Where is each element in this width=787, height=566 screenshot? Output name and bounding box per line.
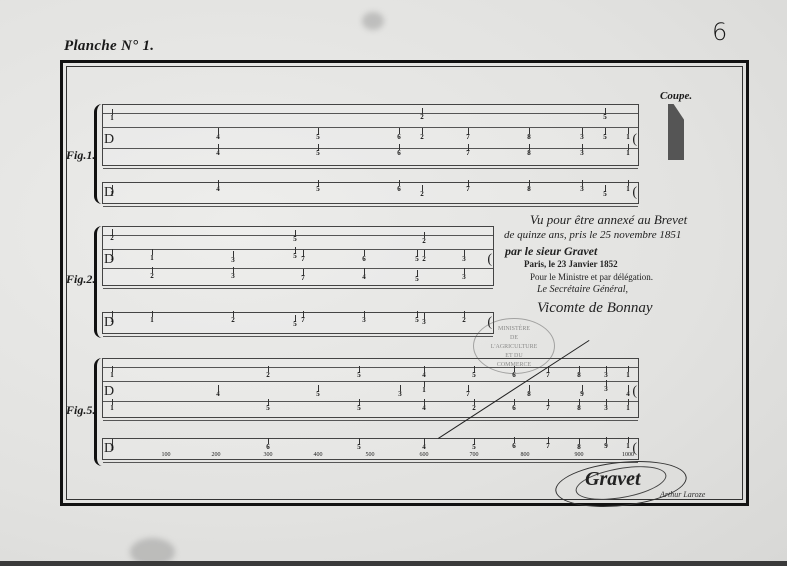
note-marker: 4 [422, 444, 426, 451]
note-marker: 2 [266, 372, 270, 379]
annotation-line3: par le sieur Gravet [505, 244, 597, 259]
note-marker: 3 [398, 391, 402, 398]
note-marker: 8 [577, 405, 581, 412]
note-marker: 5 [293, 321, 297, 328]
scale-tick-label: 900 [575, 452, 584, 458]
fig1-label: Fig.1. [66, 148, 95, 163]
note-stem [422, 128, 423, 134]
note-marker: 7 [466, 391, 470, 398]
note-stem [359, 399, 360, 405]
note-marker: 1 [110, 115, 114, 122]
note-marker: 5 [357, 405, 361, 412]
note-stem [295, 315, 296, 321]
fig2-lower-staff: D ( [102, 312, 494, 334]
note-marker: 7 [466, 134, 470, 141]
scale-tick-label: 700 [470, 452, 479, 458]
note-marker: 6 [512, 405, 516, 412]
note-marker: 3 [422, 319, 426, 326]
secondary-signature: Arthur Laroze [660, 490, 705, 499]
note-marker: 3 [580, 150, 584, 157]
fig5-label: Fig.5. [66, 403, 95, 418]
note-stem [422, 185, 423, 191]
annotation-line2: de quinze ans, pris le 25 novembre 1851 [504, 229, 681, 241]
note-marker: 1 [110, 445, 114, 452]
note-stem [424, 399, 425, 405]
note-marker: 3 [462, 256, 466, 263]
note-marker: 1 [110, 191, 114, 198]
note-stem [606, 380, 607, 386]
note-stem [468, 128, 469, 134]
note-marker: 2 [420, 134, 424, 141]
fig2-label: Fig.2. [66, 272, 95, 287]
note-stem [303, 250, 304, 256]
note-marker: 3 [362, 317, 366, 324]
note-stem [364, 311, 365, 317]
annotation-line5: Pour le Ministre et par délégation. [530, 272, 653, 282]
note-marker: 8 [527, 150, 531, 157]
page-number: 6 [712, 18, 727, 46]
note-stem [628, 128, 629, 134]
note-marker: 7 [466, 186, 470, 193]
note-marker: 8 [527, 186, 531, 193]
note-stem [529, 180, 530, 186]
note-marker: 4 [422, 405, 426, 412]
note-stem [424, 250, 425, 256]
note-stem [628, 180, 629, 186]
note-stem [529, 385, 530, 391]
note-stem [318, 144, 319, 150]
note-stem [152, 249, 153, 255]
fig2-upper-staff: D ( [102, 226, 494, 286]
scale-tick-label: 1000 [622, 452, 634, 458]
note-stem [606, 437, 607, 443]
clef-icon: ( [487, 253, 492, 267]
note-marker: 4 [216, 150, 220, 157]
note-marker: 1 [626, 150, 630, 157]
fig1-lower-staff: D ( [102, 182, 639, 204]
note-stem [468, 385, 469, 391]
note-marker: 7 [301, 317, 305, 324]
note-stem [474, 366, 475, 372]
note-stem [218, 180, 219, 186]
note-marker: 2 [420, 114, 424, 121]
note-marker: 5 [415, 276, 419, 283]
note-marker: 1 [110, 372, 114, 379]
inventor-signature: Gravet [585, 468, 641, 491]
note-stem [422, 108, 423, 114]
clef-icon: ( [632, 385, 637, 399]
note-stem [112, 439, 113, 445]
note-stem [548, 366, 549, 372]
note-stem [364, 268, 365, 274]
note-stem [628, 385, 629, 391]
note-marker: 1 [110, 317, 114, 324]
note-stem [529, 128, 530, 134]
note-marker: 1 [626, 443, 630, 450]
note-marker: 3 [604, 405, 608, 412]
note-marker: 6 [397, 134, 401, 141]
note-marker: 1 [110, 405, 114, 412]
note-stem [464, 268, 465, 274]
note-stem [424, 381, 425, 387]
annotation-line4: Paris, le 23 Janvier 1852 [524, 259, 618, 269]
coupe-label: Coupe. [660, 90, 692, 102]
scan-edge [0, 561, 787, 566]
note-stem [233, 311, 234, 317]
note-marker: 3 [231, 257, 235, 264]
note-marker: 6 [266, 444, 270, 451]
note-marker: 3 [604, 372, 608, 379]
note-marker: 3 [580, 134, 584, 141]
note-marker: 4 [216, 134, 220, 141]
note-stem [424, 438, 425, 444]
note-marker: 5 [603, 134, 607, 141]
clef-icon: ( [632, 186, 637, 200]
note-marker: 3 [462, 274, 466, 281]
note-stem [582, 180, 583, 186]
note-stem [628, 437, 629, 443]
note-stem [112, 109, 113, 115]
note-stem [605, 185, 606, 191]
note-marker: 7 [546, 443, 550, 450]
note-marker: 5 [472, 444, 476, 451]
clef-icon: D [104, 385, 114, 399]
note-marker: 2 [110, 235, 114, 242]
note-marker: 2 [462, 317, 466, 324]
note-stem [268, 438, 269, 444]
note-marker: 1 [110, 255, 114, 262]
note-stem [468, 144, 469, 150]
note-marker: 3 [231, 273, 235, 280]
note-stem [606, 366, 607, 372]
note-stem [628, 399, 629, 405]
note-marker: 4 [216, 186, 220, 193]
note-stem [529, 144, 530, 150]
scale-tick-label: 200 [212, 452, 221, 458]
annotation-line6: Le Secrétaire Général, [537, 284, 628, 295]
note-stem [424, 366, 425, 372]
note-stem [399, 144, 400, 150]
note-stem [514, 399, 515, 405]
note-stem [628, 366, 629, 372]
scale-tick-label: 100 [162, 452, 171, 458]
note-marker: 8 [577, 372, 581, 379]
note-stem [399, 180, 400, 186]
note-marker: 6 [397, 186, 401, 193]
note-stem [548, 437, 549, 443]
note-marker: 6 [512, 443, 516, 450]
note-stem [318, 385, 319, 391]
clef-icon: ( [632, 133, 637, 147]
scale-tick-label: 400 [314, 452, 323, 458]
note-stem [474, 399, 475, 405]
note-stem [424, 232, 425, 238]
note-stem [417, 270, 418, 276]
note-marker: 5 [316, 391, 320, 398]
note-stem [579, 366, 580, 372]
note-marker: 5 [266, 405, 270, 412]
note-marker: 8 [527, 391, 531, 398]
note-marker: 1 [626, 405, 630, 412]
note-stem [579, 438, 580, 444]
note-marker: 5 [603, 114, 607, 121]
note-stem [400, 385, 401, 391]
note-marker: 3 [580, 186, 584, 193]
note-stem [218, 144, 219, 150]
note-stem [218, 385, 219, 391]
note-stem [605, 128, 606, 134]
note-marker: 6 [362, 256, 366, 263]
note-marker: 2 [472, 405, 476, 412]
note-marker: 8 [527, 134, 531, 141]
note-marker: 5 [316, 134, 320, 141]
note-stem [112, 185, 113, 191]
note-stem [582, 128, 583, 134]
note-marker: 5 [293, 253, 297, 260]
note-stem [359, 366, 360, 372]
note-marker: 2 [231, 317, 235, 324]
note-marker: 9 [604, 443, 608, 450]
note-stem [579, 399, 580, 405]
note-stem [295, 230, 296, 236]
note-stem [303, 311, 304, 317]
note-marker: 5 [472, 372, 476, 379]
note-marker: 4 [422, 372, 426, 379]
note-marker: 7 [301, 275, 305, 282]
note-marker: 7 [301, 256, 305, 263]
note-stem [424, 313, 425, 319]
annotation-line1: Vu pour être annexé au Brevet [530, 212, 687, 228]
note-marker: 2 [422, 256, 426, 263]
note-marker: 7 [466, 150, 470, 157]
note-stem [628, 144, 629, 150]
note-marker: 4 [216, 391, 220, 398]
fig5-upper-staff: D ( [102, 358, 639, 418]
note-marker: 5 [603, 191, 607, 198]
note-marker: 3 [604, 386, 608, 393]
note-stem [112, 311, 113, 317]
note-stem [112, 399, 113, 405]
note-stem [548, 399, 549, 405]
note-marker: 5 [415, 317, 419, 324]
note-marker: 5 [316, 150, 320, 157]
clef-icon: D [104, 133, 114, 147]
note-marker: 1 [150, 317, 154, 324]
note-stem [605, 108, 606, 114]
note-stem [303, 269, 304, 275]
scale-tick-label: 600 [420, 452, 429, 458]
note-marker: 1 [422, 387, 426, 394]
note-stem [464, 311, 465, 317]
note-marker: 2 [150, 273, 154, 280]
note-marker: 4 [626, 391, 630, 398]
note-marker: 5 [316, 186, 320, 193]
note-stem [152, 311, 153, 317]
note-marker: 5 [293, 236, 297, 243]
note-stem [318, 180, 319, 186]
annotation-signature: Vicomte de Bonnay [537, 300, 653, 317]
note-stem [268, 399, 269, 405]
note-marker: 8 [577, 444, 581, 451]
stain-top [362, 12, 384, 30]
note-stem [514, 437, 515, 443]
note-marker: 5 [357, 372, 361, 379]
scale-tick-label: 800 [521, 452, 530, 458]
note-marker: 1 [626, 186, 630, 193]
note-stem [218, 128, 219, 134]
scale-tick-label: 300 [264, 452, 273, 458]
note-stem [233, 251, 234, 257]
note-marker: 5 [415, 256, 419, 263]
note-stem [152, 267, 153, 273]
note-marker: 5 [357, 444, 361, 451]
note-stem [514, 366, 515, 372]
note-stem [359, 438, 360, 444]
note-marker: 1 [626, 372, 630, 379]
note-marker: 6 [397, 150, 401, 157]
note-stem [474, 438, 475, 444]
note-stem [417, 250, 418, 256]
note-stem [268, 366, 269, 372]
note-marker: 6 [512, 372, 516, 379]
note-stem [582, 144, 583, 150]
note-stem [468, 180, 469, 186]
note-stem [464, 250, 465, 256]
note-marker: 1 [626, 134, 630, 141]
note-stem [295, 247, 296, 253]
note-stem [318, 128, 319, 134]
note-stem [112, 366, 113, 372]
note-marker: 2 [420, 191, 424, 198]
note-stem [112, 249, 113, 255]
note-stem [399, 128, 400, 134]
note-marker: 7 [546, 372, 550, 379]
note-stem [582, 385, 583, 391]
note-marker: 9 [580, 391, 584, 398]
note-marker: 1 [150, 255, 154, 262]
note-marker: 7 [546, 405, 550, 412]
note-stem [233, 267, 234, 273]
scale-tick-label: 500 [366, 452, 375, 458]
plate-title: Planche N° 1. [64, 38, 154, 55]
fig1-upper-staff: D ( [102, 104, 639, 166]
note-stem [112, 229, 113, 235]
note-marker: 2 [422, 238, 426, 245]
note-stem [606, 399, 607, 405]
note-marker: 4 [362, 274, 366, 281]
note-stem [364, 250, 365, 256]
note-stem [417, 311, 418, 317]
